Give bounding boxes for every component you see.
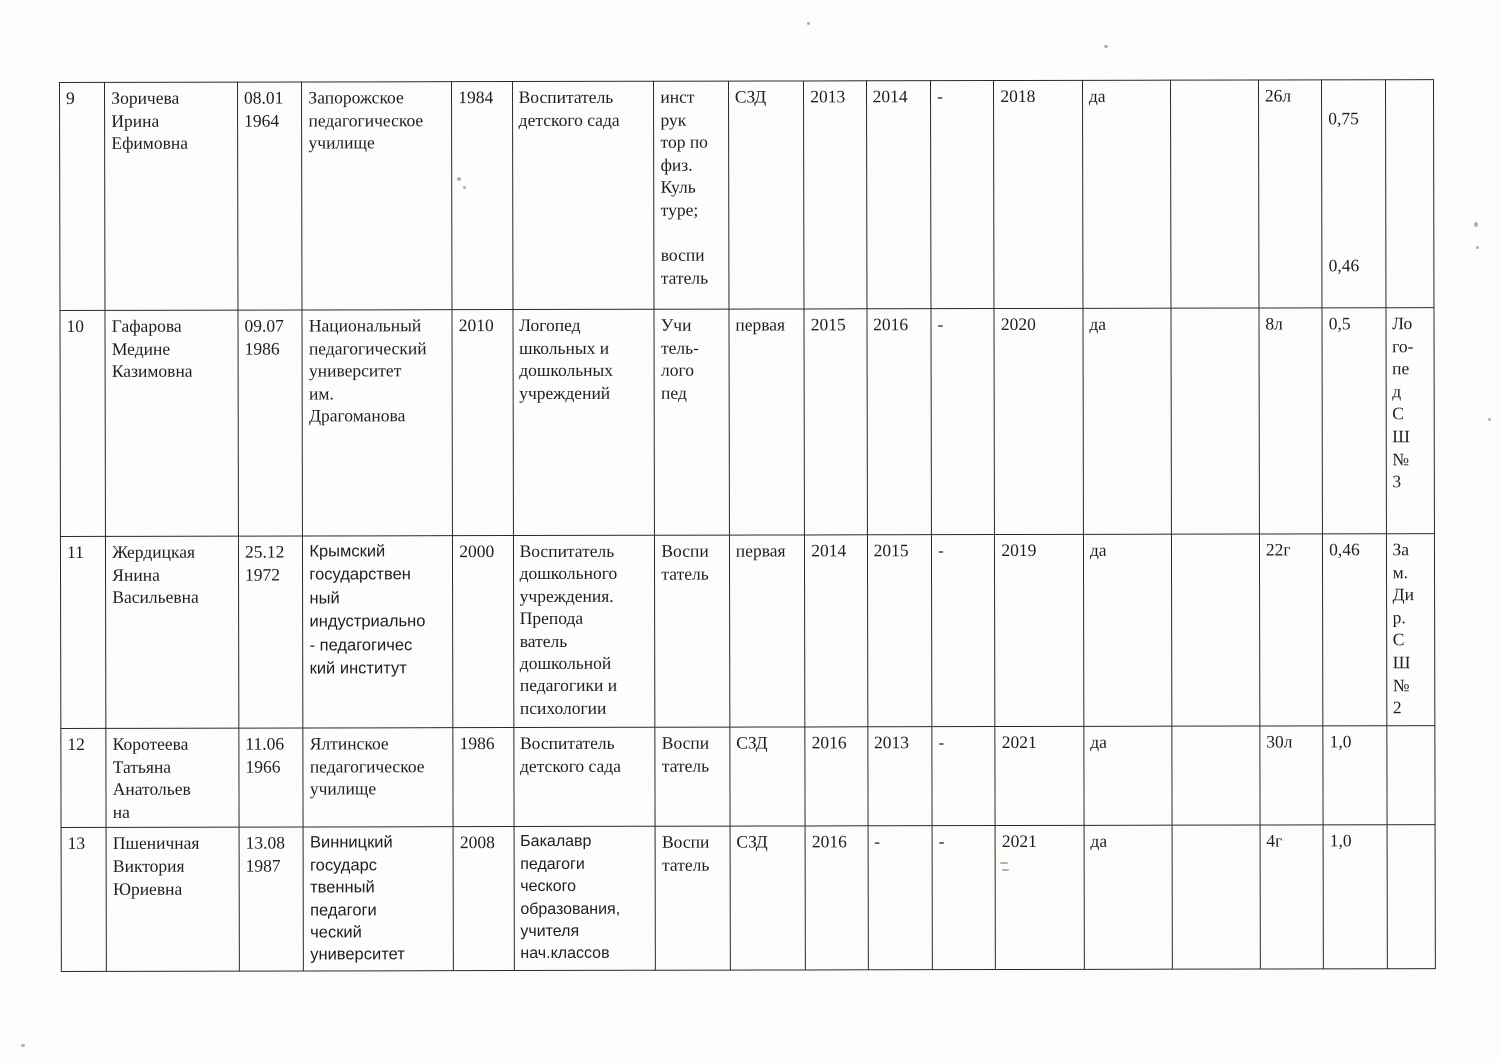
note: Ло го- пе д С Ш № 3 (1386, 308, 1435, 534)
course-year: - (868, 826, 933, 970)
category: СЗД (730, 826, 806, 970)
birth-date: 13.08 1987 (239, 827, 304, 971)
category-year: 2014 (805, 535, 868, 727)
scan-speck (1488, 418, 1491, 421)
dash-cell: - (932, 826, 996, 970)
rate: 0,46 (1323, 534, 1387, 726)
staff-table: 9 Зоричева Ирина Ефимовна 08.01 1964 Зап… (59, 79, 1436, 972)
row-number: 13 (61, 828, 107, 972)
position: Воспи татель (655, 535, 730, 727)
experience: 8л (1259, 308, 1323, 534)
empty-cell (1172, 534, 1260, 726)
category: первая (729, 309, 805, 535)
institution: Ялтинское педагогическое училище (303, 728, 453, 828)
course-year: 2014 (866, 81, 931, 309)
birth-date: 11.06 1966 (239, 728, 304, 828)
flag: да (1082, 80, 1171, 308)
specialty: Воспитатель детского сада (512, 81, 654, 309)
dash-cell: - (932, 727, 996, 827)
table-row: 11 Жердицкая Янина Васильевна 25.12 1972… (60, 534, 1434, 729)
next-attestation: 2018 (994, 80, 1083, 308)
graduation-year: 1984 (452, 82, 513, 310)
experience: 4г (1260, 825, 1324, 969)
graduation-year: 2008 (453, 827, 514, 971)
birth-date: 25.12 1972 (238, 536, 303, 728)
rate: 0,5 (1322, 308, 1386, 534)
full-name: Коротеева Татьяна Анатольев на (106, 728, 239, 828)
next-attestation: 2019 (995, 534, 1084, 726)
full-name: Пшеничная Виктория Юриевна (106, 827, 239, 971)
course-year: 2016 (867, 309, 932, 535)
position: Воспи татель (655, 826, 730, 970)
flag: да (1083, 308, 1172, 534)
table-row: 9 Зоричева Ирина Ефимовна 08.01 1964 Зап… (60, 80, 1434, 311)
category: первая (729, 535, 805, 727)
course-year: 2015 (867, 535, 932, 727)
scan-speck (1474, 222, 1478, 227)
scan-speck (21, 1044, 25, 1047)
specialty: Воспитатель детского сада (513, 727, 655, 827)
category-year: 2015 (804, 309, 867, 535)
flag: да (1084, 826, 1173, 970)
graduation-year: 2010 (452, 310, 513, 536)
rate-secondary: 0,46 (1329, 254, 1382, 277)
rate-primary: 0,75 (1328, 107, 1381, 130)
scan-speck (1104, 45, 1108, 48)
category-year: 2013 (804, 81, 867, 309)
scan-speck (807, 22, 810, 25)
note (1385, 80, 1434, 308)
rate: 0,75 0,46 (1322, 80, 1386, 308)
rate: 1,0 (1323, 726, 1387, 826)
experience: 26л (1258, 80, 1322, 308)
position: инст рук тор по физ. Куль туре; воспи та… (654, 81, 729, 309)
specialty: Бакалавр педагоги ческого образования, у… (514, 827, 656, 971)
category-year: 2016 (805, 826, 868, 970)
institution: Крымский государствен ный индустриально … (303, 536, 453, 728)
position: Воспи татель (655, 727, 730, 827)
empty-cell (1172, 825, 1260, 969)
scanned-page: 9 Зоричева Ирина Ефимовна 08.01 1964 Зап… (0, 0, 1500, 1061)
table-row: 13 Пшеничная Виктория Юриевна 13.08 1987… (61, 825, 1435, 971)
specialty: Логопед школьных и дошкольных учреждений (513, 309, 655, 535)
table-row: 12 Коротеева Татьяна Анатольев на 11.06 … (61, 726, 1435, 828)
course-year: 2013 (867, 727, 932, 827)
row-number: 9 (60, 82, 106, 310)
specialty: Воспитатель дошкольного учреждения. Преп… (513, 535, 655, 727)
note: За м. Ди р. С Ш № 2 (1386, 534, 1435, 726)
experience: 30л (1260, 726, 1324, 826)
position: Учи тель- лого пед (654, 309, 729, 535)
graduation-year: 2000 (453, 536, 514, 728)
empty-cell (1171, 80, 1259, 308)
category: СЗД (728, 81, 804, 309)
full-name: Зоричева Ирина Ефимовна (105, 82, 238, 310)
note (1387, 825, 1436, 969)
scan-speck (1476, 246, 1479, 249)
institution: Винницкий государс твенный педагоги ческ… (303, 827, 453, 971)
next-attestation: 2021 (995, 726, 1084, 826)
institution: Национальный педагогический университет … (302, 310, 452, 536)
flag: да (1083, 534, 1172, 726)
experience: 22г (1259, 534, 1323, 726)
flag: да (1084, 726, 1173, 826)
graduation-year: 1986 (453, 728, 514, 828)
category: СЗД (730, 727, 806, 827)
birth-date: 09.07 1986 (238, 310, 303, 536)
note (1386, 726, 1435, 825)
institution: Запорожское педагогическое училище (302, 82, 452, 310)
row-number: 10 (60, 310, 106, 536)
dash-cell: - (930, 81, 994, 309)
table-row: 10 Гафарова Медине Казимовна 09.07 1986 … (60, 308, 1434, 537)
row-number: 11 (60, 536, 106, 728)
birth-date: 08.01 1964 (238, 82, 303, 310)
empty-cell (1171, 308, 1259, 534)
category-year: 2016 (805, 727, 868, 827)
row-number: 12 (61, 728, 106, 827)
rate: 1,0 (1323, 825, 1387, 969)
empty-cell (1172, 726, 1260, 826)
next-attestation: 2020 (994, 308, 1083, 534)
full-name: Жердицкая Янина Васильевна (106, 536, 239, 728)
full-name: Гафарова Медине Казимовна (105, 310, 238, 536)
dash-cell: - (931, 309, 995, 535)
next-attestation: 2021 (995, 826, 1084, 970)
dash-cell: - (931, 535, 995, 727)
